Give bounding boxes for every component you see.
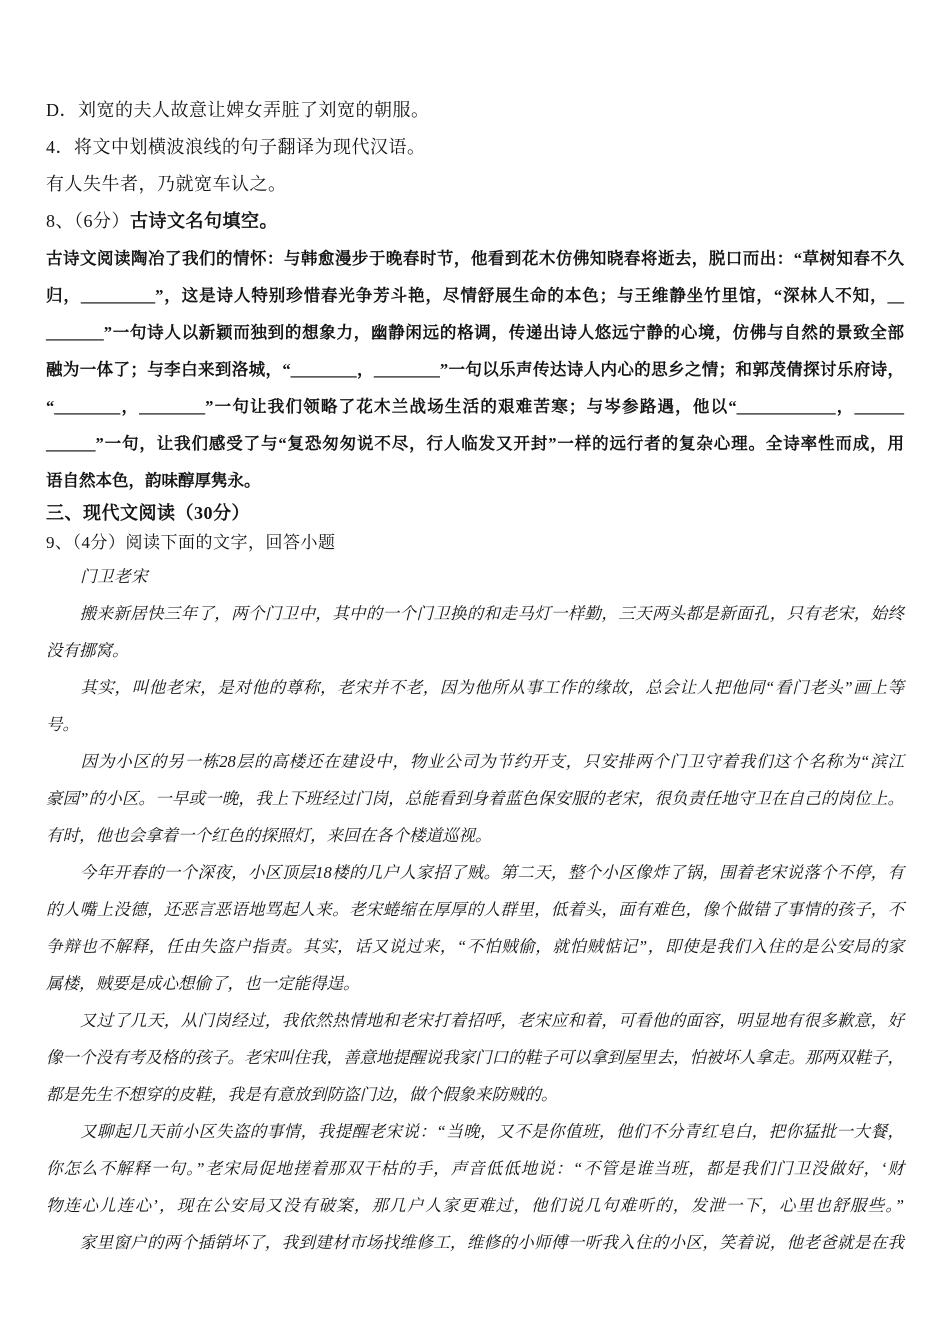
story-text: 搬来新居快三年了，两个门卫中，其中的一个门卫换的和走马灯一样勤，三天两头都是新面… [46, 595, 904, 1261]
text-line: “________，________”一句让我们领略了花木兰战场生活的艰难苦寒；… [46, 388, 904, 425]
question-8-prefix: 8、（6分） [46, 211, 130, 231]
text-line: 的人嘴上没德，还恶言恶语地骂起人来。老宋蜷缩在厚厚的人群里，低着头，面有难色，像… [46, 891, 904, 928]
text-line: 归，_________”，这是诗人特别珍惜春光争芳斗艳，尽情舒展生命的本色；与王… [46, 277, 904, 314]
text-line: 豪园”的小区。一早或一晚，我上下班经过门岗，总能看到身着蓝色保安服的老宋，很负责… [46, 780, 904, 817]
text-line: 又聊起几天前小区失盗的事情，我提醒老宋说：“当晚，又不是你值班，他们不分青红皂白… [46, 1113, 904, 1150]
text-line: 家里窗户的两个插销坏了，我到建材市场找维修工，维修的小师傅一听我入住的小区，笑着… [46, 1224, 904, 1261]
text-line: 都是先生不想穿的皮鞋，我是有意放到防盗门边，做个假象来防贼的。 [46, 1076, 904, 1113]
text-line: 其实，叫他老宋，是对他的尊称，老宋并不老，因为他所从事工作的缘故，总会让人把他同… [46, 669, 904, 706]
question-8-title: 古诗文名句填空。 [130, 211, 278, 231]
question-4: 4．将文中划横波浪线的句子翻译为现代汉语。 [46, 129, 904, 166]
text-line: 你怎么不解释一句。”老宋局促地搓着那双干枯的手，声音低低地说：“不管是谁当班，都… [46, 1150, 904, 1187]
text-line: 又过了几天，从门岗经过，我依然热情地和老宋打着招呼，老宋应和着，可看他的面容，明… [46, 1002, 904, 1039]
document-page: D．刘宽的夫人故意让婢女弄脏了刘宽的朝服。 4．将文中划横波浪线的句子翻译为现代… [0, 0, 950, 1344]
text-line: 搬来新居快三年了，两个门卫中，其中的一个门卫换的和走马灯一样勤，三天两头都是新面… [46, 595, 904, 632]
question-8-passage: 古诗文阅读陶冶了我们的情怀：与韩愈漫步于晚春时节，他看到花木仿佛知晓春将逝去，脱… [46, 240, 904, 499]
story-title-text: 门卫老宋 [80, 567, 148, 586]
text-line: 有时，他也会拿着一个红色的探照灯，来回在各个楼道巡视。 [46, 817, 904, 854]
page-content: D．刘宽的夫人故意让婢女弄脏了刘宽的朝服。 4．将文中划横波浪线的句子翻译为现代… [0, 0, 950, 1261]
text-line: _______”一句诗人以新颖而独到的想象力，幽静闲远的格调，传递出诗人悠远宁静… [46, 314, 904, 351]
option-d: D．刘宽的夫人故意让婢女弄脏了刘宽的朝服。 [46, 92, 904, 129]
text-line: 物连心儿连心’，现在公安局又没有破案，那几户人家更难过，他们说几句难听的，发泄一… [46, 1187, 904, 1224]
text-line: 没有挪窝。 [46, 632, 904, 669]
question-9: 9、（4分）阅读下面的文字，回答小题 [46, 528, 904, 558]
text-line: 古诗文阅读陶冶了我们的情怀：与韩愈漫步于晚春时节，他看到花木仿佛知晓春将逝去，脱… [46, 240, 904, 277]
question-4-sentence: 有人失牛者，乃就宽车认之。 [46, 166, 904, 203]
question-8: 8、（6分）古诗文名句填空。 [46, 203, 904, 240]
text-line: 争辩也不解释，任由失盗户指责。其实，话又说过来，“不怕贼偷，就怕贼惦记”，即使是… [46, 928, 904, 965]
text-line: 融为一体了；与李白来到洛城，“________，________”一句以乐声传达… [46, 351, 904, 388]
text-line: 属楼，贼要是成心想偷了，也一定能得逞。 [46, 965, 904, 1002]
text-line: 语自然本色，韵味醇厚隽永。 [46, 462, 904, 499]
text-line: 今年开春的一个深夜，小区顶层18楼的几户人家招了贼。第二天，整个小区像炸了锅，围… [46, 854, 904, 891]
text-line: 像一个没有考及格的孩子。老宋叫住我，善意地提醒说我家门口的鞋子可以拿到屋里去，怕… [46, 1039, 904, 1076]
text-line: ______”一句，让我们感受了与“复恐匆匆说不尽，行人临发又开封”一样的远行者… [46, 425, 904, 462]
section-3-heading: 三、现代文阅读（30分） [46, 499, 904, 528]
text-line: 因为小区的另一栋28层的高楼还在建设中，物业公司为节约开支，只安排两个门卫守着我… [46, 743, 904, 780]
story-title: 门卫老宋 [46, 558, 904, 595]
text-line: 号。 [46, 706, 904, 743]
